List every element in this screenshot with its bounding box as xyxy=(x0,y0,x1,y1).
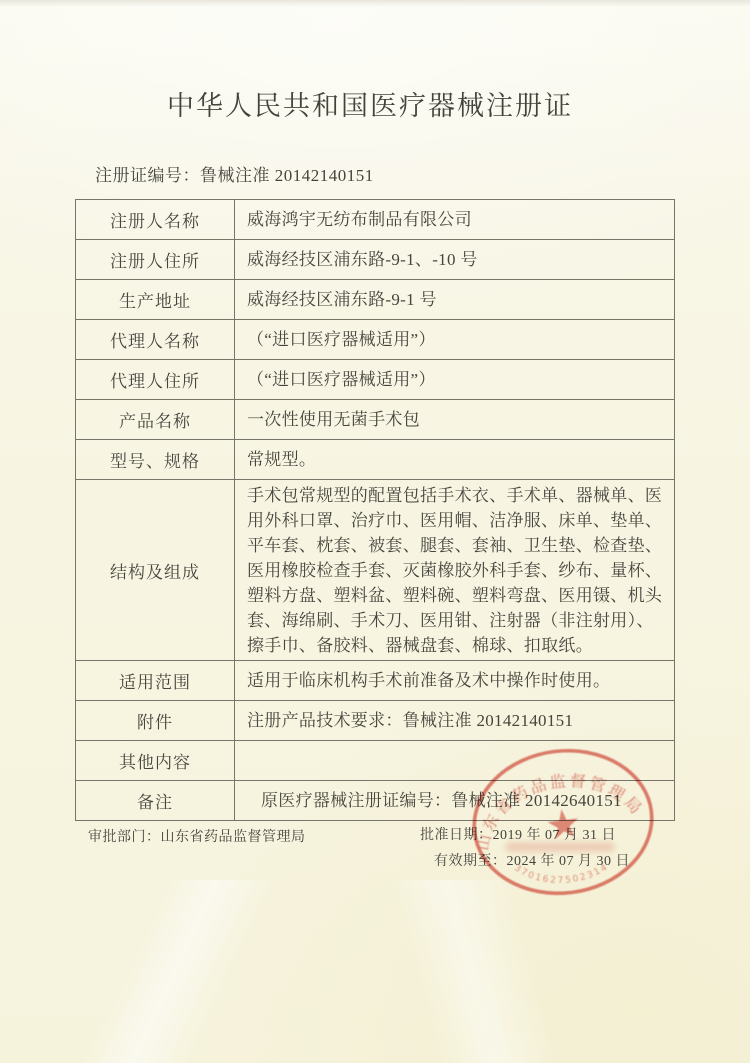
certificate-page: { "page": { "title": "中华人民共和国医疗器械注册证", "… xyxy=(0,0,750,1063)
table-row: 型号、规格 常规型。 xyxy=(76,440,675,480)
row-value: 原医疗器械注册证编号：鲁械注准 20142640151 xyxy=(235,781,675,821)
row-value: 常规型。 xyxy=(235,440,675,480)
row-label: 型号、规格 xyxy=(76,440,235,480)
row-value xyxy=(235,741,675,781)
row-value: 威海鸿宇无纺布制品有限公司 xyxy=(235,200,675,240)
table-row: 其他内容 xyxy=(76,741,675,781)
row-value: 一次性使用无菌手术包 xyxy=(235,400,675,440)
certificate-table: 注册人名称 威海鸿宇无纺布制品有限公司 注册人住所 威海经技区浦东路-9-1、-… xyxy=(75,199,675,821)
row-label: 生产地址 xyxy=(76,280,235,320)
approval-department: 审批部门：山东省药品监督管理局 xyxy=(88,826,306,846)
table-row: 注册人住所 威海经技区浦东路-9-1、-10 号 xyxy=(76,240,675,280)
row-label: 注册人名称 xyxy=(76,200,235,240)
row-label: 代理人住所 xyxy=(76,360,235,400)
row-label: 其他内容 xyxy=(76,741,235,781)
table-row: 注册人名称 威海鸿宇无纺布制品有限公司 xyxy=(76,200,675,240)
approval-date: 批准日期：2019 年 07 月 31 日 xyxy=(420,824,616,844)
paper-creases xyxy=(0,880,750,1063)
table-row: 代理人住所 （“进口医疗器械适用”） xyxy=(76,360,675,400)
row-label: 注册人住所 xyxy=(76,240,235,280)
table-row: 生产地址 威海经技区浦东路-9-1 号 xyxy=(76,280,675,320)
row-value: （“进口医疗器械适用”） xyxy=(235,360,675,400)
paper-top-edge xyxy=(0,0,750,7)
table-row: 适用范围 适用于临床机构手术前准备及术中操作时使用。 xyxy=(76,661,675,701)
row-label: 适用范围 xyxy=(76,661,235,701)
valid-until-date: 有效期至：2024 年 07 月 30 日 xyxy=(434,850,630,870)
row-value: 威海经技区浦东路-9-1 号 xyxy=(235,280,675,320)
row-label: 附件 xyxy=(76,701,235,741)
row-label: 备注 xyxy=(76,781,235,821)
table-row: 产品名称 一次性使用无菌手术包 xyxy=(76,400,675,440)
row-value: 适用于临床机构手术前准备及术中操作时使用。 xyxy=(235,661,675,701)
table-row: 代理人名称 （“进口医疗器械适用”） xyxy=(76,320,675,360)
registration-number: 注册证编号：鲁械注准 20142140151 xyxy=(95,161,374,186)
row-label: 代理人名称 xyxy=(76,320,235,360)
row-value: 注册产品技术要求：鲁械注准 20142140151 xyxy=(235,701,675,741)
certificate-title: 中华人民共和国医疗器械注册证 xyxy=(0,84,740,123)
table-row: 结构及组成 手术包常规型的配置包括手术衣、手术单、器械单、医 用外科口罩、治疗巾… xyxy=(76,480,675,661)
row-label: 产品名称 xyxy=(76,400,235,440)
row-label: 结构及组成 xyxy=(76,480,235,661)
row-value: 手术包常规型的配置包括手术衣、手术单、器械单、医 用外科口罩、治疗巾、医用帽、洁… xyxy=(235,480,675,661)
table-row: 附件 注册产品技术要求：鲁械注准 20142140151 xyxy=(76,701,675,741)
table-row: 备注 原医疗器械注册证编号：鲁械注准 20142640151 xyxy=(76,781,675,821)
row-value: 威海经技区浦东路-9-1、-10 号 xyxy=(235,240,675,280)
row-value: （“进口医疗器械适用”） xyxy=(235,320,675,360)
